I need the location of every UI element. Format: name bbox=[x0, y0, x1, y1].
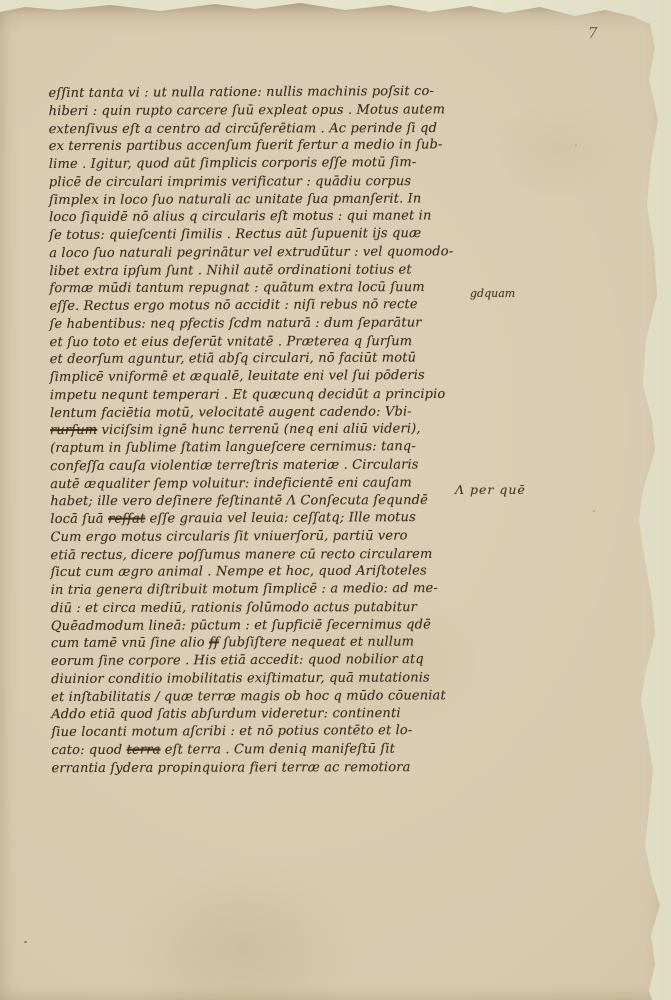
text-segment: eſſint tanta vi : ut nulla ratione: null… bbox=[48, 84, 433, 101]
manuscript-line: a loco ſuo naturali pegrinātur vel extru… bbox=[49, 243, 541, 263]
manuscript-line: diuinior conditio imobilitatis exiſtimat… bbox=[51, 669, 543, 689]
text-segment: ſe habentibus: neq pfectis ſcdm naturā :… bbox=[50, 315, 422, 332]
text-segment: confeſſa cauſa violentiæ terreſtris mate… bbox=[50, 457, 418, 474]
text-segment: hiberi : quin rupto carcere ſuū expleat … bbox=[49, 102, 446, 119]
manuscript-line: ſe habentibus: neq pfectis ſcdm naturā :… bbox=[49, 314, 541, 334]
text-segment: extenſivus eſt a centro ad circūferētiam… bbox=[49, 120, 437, 136]
text-segment: lentum faciētia motū, velocitatē augent … bbox=[50, 404, 412, 421]
struck-word: reſſat bbox=[108, 512, 145, 527]
text-segment: ſiue locanti motum aſcribi : et nō potiu… bbox=[51, 723, 412, 740]
ink-speck bbox=[593, 510, 595, 512]
manuscript-line: diū : et circa mediū, rationis ſolūmodo … bbox=[51, 598, 543, 617]
text-segment: et deorſum aguntur, etiā abſq circulari,… bbox=[50, 351, 416, 368]
text-segment: (raptum in ſublime ſtatim langueſcere ce… bbox=[50, 439, 416, 456]
margin-note-per-quae: Λ per quē bbox=[455, 482, 526, 497]
text-segment: ſe totus: quieſcenti ſimilis . Rectus aū… bbox=[49, 226, 421, 243]
manuscript-line: ſe totus: quieſcenti ſimilis . Rectus aū… bbox=[49, 224, 541, 244]
text-segment: eſſe grauia vel leuia: ceſſatq; Ille mot… bbox=[145, 510, 416, 526]
manuscript-line: Cum ergo motus circularis ſit vniuerſorū… bbox=[50, 527, 542, 547]
margin-note-quicquam: gdquam bbox=[470, 287, 515, 300]
text-segment: eſſe. Rectus ergo motus nō accidit : niſ… bbox=[49, 297, 417, 314]
text-segment: impetu nequnt temperari . Et quæcunq dec… bbox=[50, 387, 446, 403]
manuscript-line: errantia ſydera propinquiora fieri terræ… bbox=[51, 758, 543, 777]
manuscript-line: impetu nequnt temperari . Et quæcunq dec… bbox=[50, 385, 542, 404]
manuscript-line: eſſint tanta vi : ut nulla ratione: null… bbox=[48, 82, 540, 102]
text-segment: loco ſiquidē nō alius q circularis eſt m… bbox=[49, 209, 431, 226]
text-segment: et inſtabilitatis / quæ terræ magis ob h… bbox=[51, 688, 446, 705]
manuscript-line: in tria genera diſtribuit motum ſimplicē… bbox=[51, 579, 543, 599]
folio-number: 7 bbox=[588, 24, 599, 42]
struck-word: terra bbox=[127, 742, 161, 757]
text-segment: cum tamē vnū ſine alio bbox=[51, 636, 209, 652]
manuscript-line: et ſuo toto et eius deſerūt vnitatē . Pr… bbox=[50, 332, 542, 351]
manuscript-line: plicē de circulari imprimis verificatur … bbox=[49, 172, 541, 191]
text-segment: ſicut cum ægro animal . Nempe et hoc, qu… bbox=[51, 564, 427, 581]
manuscript-page: 7 eſſint tanta vi : ut nulla ratione: nu… bbox=[0, 0, 671, 1000]
text-segment: habet; ille vero deſinere feſtinantē Λ C… bbox=[50, 493, 428, 509]
text-segment: locā ſuā bbox=[50, 512, 108, 527]
text-segment: viciſsim ignē hunc terrenū (neq eni aliū… bbox=[97, 422, 420, 438]
manuscript-line: ſimplicē vniformē et æqualē, leuitate en… bbox=[50, 366, 542, 386]
struck-word: ff bbox=[209, 636, 219, 651]
text-block: eſſint tanta vi : ut nulla ratione: null… bbox=[48, 83, 543, 777]
ink-speck bbox=[575, 144, 577, 146]
manuscript-line: eorum ſine corpore . His etiā accedit: q… bbox=[51, 650, 543, 670]
text-segment: errantia ſydera propinquiora fieri terræ… bbox=[51, 760, 410, 776]
manuscript-line: hiberi : quin rupto carcere ſuū expleat … bbox=[49, 101, 541, 121]
manuscript-line: ſiue locanti motum aſcribi : et nō potiu… bbox=[51, 721, 543, 741]
struck-word: rurſum bbox=[50, 423, 97, 438]
text-segment: Quēadmodum lineā: pūctum : et ſupficiē ſ… bbox=[51, 617, 431, 634]
manuscript-line: locā ſuā reſſat eſſe grauia vel leuia: c… bbox=[50, 508, 542, 528]
manuscript-line: libet extra ipſum ſunt . Nihil autē ordi… bbox=[49, 260, 541, 280]
text-segment: diuinior conditio imobilitatis exiſtimat… bbox=[51, 670, 430, 687]
manuscript-line: (raptum in ſublime ſtatim langueſcere ce… bbox=[50, 437, 542, 457]
text-segment: ſubſiſtere nequeat et nullum bbox=[219, 635, 414, 651]
manuscript-line: extenſivus eſt a centro ad circūferētiam… bbox=[49, 119, 541, 138]
manuscript-line: Quēadmodum lineā: pūctum : et ſupficiē ſ… bbox=[51, 615, 543, 635]
text-segment: ex terrenis partibus accenſum fuerit fer… bbox=[49, 138, 443, 155]
text-segment: etiā rectus, dicere poſſumus manere cū r… bbox=[51, 546, 433, 562]
manuscript-line: eſſe. Rectus ergo motus nō accidit : niſ… bbox=[49, 295, 541, 315]
text-segment: lime . Igitur, quod aūt ſimplicis corpor… bbox=[49, 155, 417, 172]
text-segment: Cum ergo motus circularis ſit vniuerſorū… bbox=[50, 528, 407, 545]
text-segment: eſt terra . Cum deniq manifeſtū ſit bbox=[160, 741, 395, 757]
ink-speck bbox=[24, 941, 27, 943]
manuscript-line: et inſtabilitatis / quæ terræ magis ob h… bbox=[51, 686, 543, 706]
text-segment: ſimplex in loco ſuo naturali ac unitate … bbox=[49, 191, 422, 208]
manuscript-line: ſimplex in loco ſuo naturali ac unitate … bbox=[49, 189, 541, 209]
manuscript-line: lentum faciētia motū, velocitatē augent … bbox=[50, 402, 542, 422]
text-segment: autē æqualiter ſemp voluitur: indeficien… bbox=[50, 475, 412, 492]
text-segment: formæ mūdi tantum repugnat : quātum extr… bbox=[49, 280, 424, 296]
text-segment: in tria genera diſtribuit motum ſimplicē… bbox=[51, 581, 438, 598]
text-segment: Addo etiā quod ſatis abſurdum videretur:… bbox=[51, 706, 400, 722]
text-segment: plicē de circulari imprimis verificatur … bbox=[49, 174, 411, 190]
text-segment: libet extra ipſum ſunt . Nihil autē ordi… bbox=[49, 262, 412, 279]
manuscript-line: cato: quod terra eſt terra . Cum deniq m… bbox=[51, 740, 543, 760]
text-segment: diū : et circa mediū, rationis ſolūmodo … bbox=[51, 600, 417, 616]
text-segment: ſimplicē vniformē et æqualē, leuitate en… bbox=[50, 368, 425, 385]
text-segment: et ſuo toto et eius deſerūt vnitatē . Pr… bbox=[50, 334, 413, 350]
manuscript-line: lime . Igitur, quod aūt ſimplicis corpor… bbox=[49, 153, 541, 173]
manuscript-line: confeſſa cauſa violentiæ terreſtris mate… bbox=[50, 456, 542, 476]
text-segment: a loco ſuo naturali pegrinātur vel extru… bbox=[49, 244, 453, 261]
manuscript-line: etiā rectus, dicere poſſumus manere cū r… bbox=[51, 545, 543, 564]
text-segment: cato: quod bbox=[51, 742, 126, 757]
text-segment: eorum ſine corpore . His etiā accedit: q… bbox=[51, 652, 424, 669]
